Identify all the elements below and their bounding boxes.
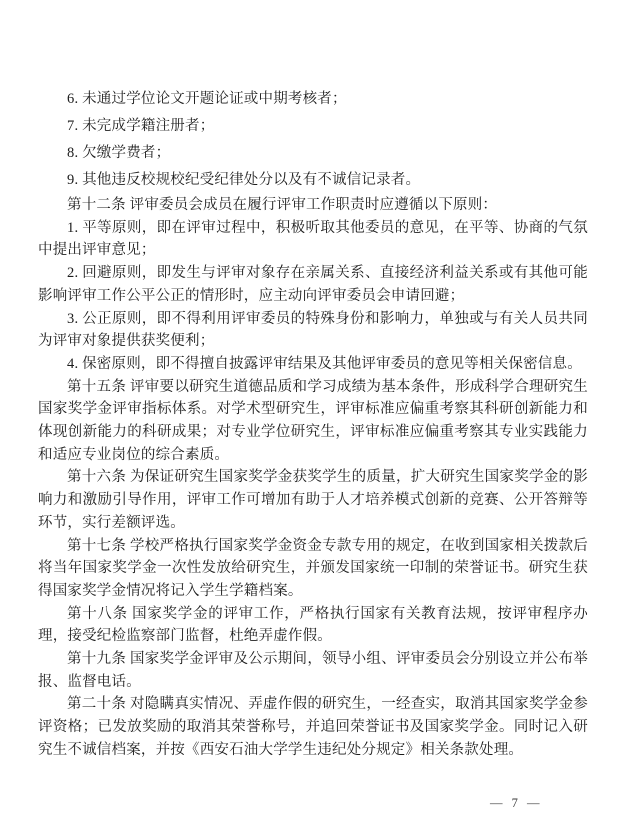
document-paragraph: 第十八条 国家奖学金的评审工作，严格执行国家有关教育法规，按评审程序办理，接受纪… <box>38 603 588 648</box>
page-footer: — 7 — <box>0 796 623 816</box>
document-paragraph: 2. 回避原则，即发生与评审对象存在亲属关系、直接经济利益关系或有其他可能影响评… <box>38 262 588 307</box>
document-paragraph: 第十九条 国家奖学金评审及公示期间，领导小组、评审委员会分别设立并公布举报、监督… <box>38 648 588 693</box>
document-page: 6. 未通过学位论文开题论证或中期考核者；7. 未完成学籍注册者；8. 欠缴学费… <box>0 0 623 817</box>
document-paragraph: 第十六条 为保证研究生国家奖学金获奖学生的质量，扩大研究生国家奖学金的影响力和激… <box>38 466 588 534</box>
document-paragraph: 第十七条 学校严格执行国家奖学金资金专款专用的规定，在收到国家相关拨款后将当年国… <box>38 535 588 603</box>
document-list-item: 8. 欠缴学费者； <box>38 140 588 167</box>
document-paragraph: 3. 公正原则，即不得利用评审委员的特殊身份和影响力，单独或与有关人员共同为评审… <box>38 308 588 353</box>
document-paragraph: 4. 保密原则，即不得擅自披露评审结果及其他评审委员的意见等相关保密信息。 <box>38 353 588 376</box>
document-list-item: 9. 其他违反校规校纪受纪律处分以及有不诚信记录者。 <box>38 167 588 194</box>
page-number: — 7 — <box>490 796 543 811</box>
document-list-item: 6. 未通过学位论文开题论证或中期考核者； <box>38 86 588 113</box>
document-paragraph: 第二十条 对隐瞒真实情况、弄虚作假的研究生，一经查实，取消其国家奖学金参评资格；… <box>38 693 588 761</box>
document-paragraph: 1. 平等原则，即在评审过程中，积极听取其他委员的意见，在平等、协商的气氛中提出… <box>38 217 588 262</box>
document-paragraph: 第十五条 评审要以研究生道德品质和学习成绩为基本条件，形成科学合理研究生国家奖学… <box>38 376 588 467</box>
document-body: 6. 未通过学位论文开题论证或中期考核者；7. 未完成学籍注册者；8. 欠缴学费… <box>38 86 588 762</box>
document-list-item: 7. 未完成学籍注册者； <box>38 113 588 140</box>
document-paragraph: 第十二条 评审委员会成员在履行评审工作职责时应遵循以下原则： <box>38 194 588 217</box>
